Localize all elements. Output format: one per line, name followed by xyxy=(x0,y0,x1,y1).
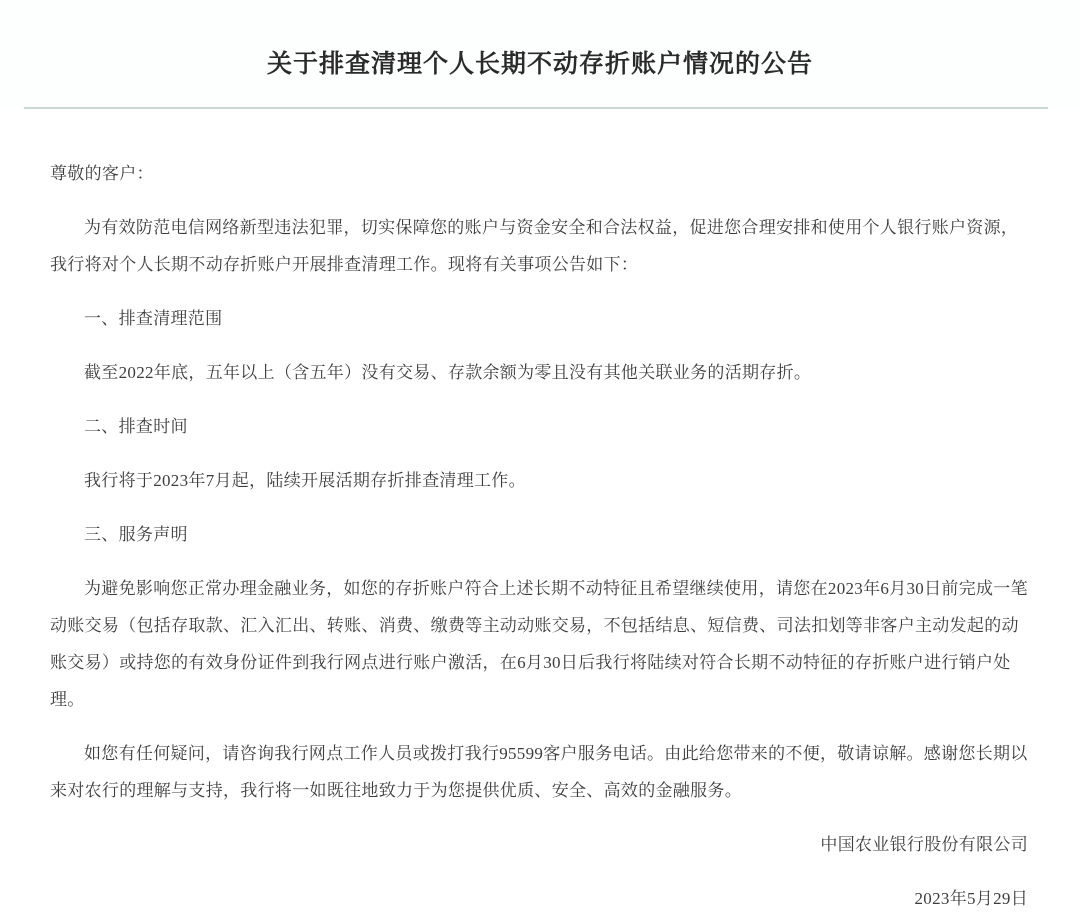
announcement-page: 关于排查清理个人长期不动存折账户情况的公告 尊敬的客户： 为有效防范电信网络新型… xyxy=(0,0,1080,920)
date-block: 2023年5月29日 xyxy=(50,880,1028,917)
intro-paragraph: 为有效防范电信网络新型违法犯罪，切实保障您的账户与资金安全和合法权益，促进您合理… xyxy=(50,209,1028,283)
paragraph-line: 为避免影响您正常办理金融业务，如您的存折账户符合上述长期不动特征且希望继续使用，… xyxy=(50,570,1028,607)
paragraph-line: 账交易）或持您的有效身份证件到我行网点进行账户激活，在6月30日后我行将陆续对符… xyxy=(50,644,1028,681)
section-heading-scope: 一、排查清理范围 xyxy=(50,300,1028,337)
paragraph-line: 如您有任何疑问，请咨询我行网点工作人员或拨打我行95599客户服务电话。由此给您… xyxy=(50,735,1028,772)
announcement-date: 2023年5月29日 xyxy=(50,880,1028,917)
page-title: 关于排查清理个人长期不动存折账户情况的公告 xyxy=(0,0,1080,80)
document-header: 关于排查清理个人长期不动存折账户情况的公告 xyxy=(0,0,1080,109)
paragraph-line: 我行将于2023年7月起，陆续开展活期存折排查清理工作。 xyxy=(50,462,1028,499)
salutation: 尊敬的客户： xyxy=(50,155,1028,192)
scope-paragraph: 截至2022年底，五年以上（含五年）没有交易、存款余额为零且没有其他关联业务的活… xyxy=(50,354,1028,391)
service-paragraph-1: 为避免影响您正常办理金融业务，如您的存折账户符合上述长期不动特征且希望继续使用，… xyxy=(50,570,1028,718)
paragraph-line: 为有效防范电信网络新型违法犯罪，切实保障您的账户与资金安全和合法权益，促进您合理… xyxy=(50,209,1028,246)
service-paragraph-2: 如您有任何疑问，请咨询我行网点工作人员或拨打我行95599客户服务电话。由此给您… xyxy=(50,735,1028,809)
paragraph-line: 我行将对个人长期不动存折账户开展排查清理工作。现将有关事项公告如下： xyxy=(50,246,1028,283)
section-heading-service: 三、服务声明 xyxy=(50,516,1028,553)
paragraph-line: 来对农行的理解与支持，我行将一如既往地致力于为您提供优质、安全、高效的金融服务。 xyxy=(50,772,1028,809)
signature-block: 中国农业银行股份有限公司 xyxy=(50,826,1028,863)
signature: 中国农业银行股份有限公司 xyxy=(50,826,1028,863)
time-paragraph: 我行将于2023年7月起，陆续开展活期存折排查清理工作。 xyxy=(50,462,1028,499)
paragraph-line: 动账交易（包括存取款、汇入汇出、转账、消费、缴费等主动动账交易，不包括结息、短信… xyxy=(50,607,1028,644)
paragraph-line: 截至2022年底，五年以上（含五年）没有交易、存款余额为零且没有其他关联业务的活… xyxy=(50,354,1028,391)
paragraph-line: 理。 xyxy=(50,681,1028,718)
title-divider xyxy=(24,107,1048,109)
document-body: 尊敬的客户： 为有效防范电信网络新型违法犯罪，切实保障您的账户与资金安全和合法权… xyxy=(0,155,1080,917)
section-heading-time: 二、排查时间 xyxy=(50,408,1028,445)
